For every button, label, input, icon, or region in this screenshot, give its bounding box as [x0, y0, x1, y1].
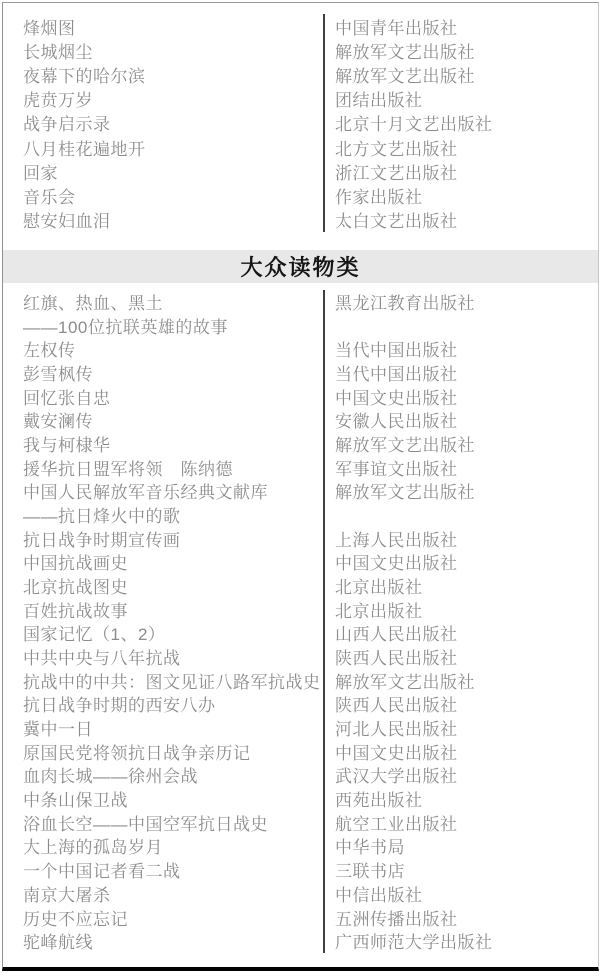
book-row: 冀中一日 河北人民出版社 — [3, 716, 598, 740]
book-title-cell: 国家记忆（1、2） — [3, 621, 323, 645]
book-title-cell: 抗战中的中共：图文见证八路军抗战史 — [3, 668, 323, 692]
book-row: 历史不应忘记 五洲传播出版社 — [3, 905, 598, 929]
publisher-cell — [323, 313, 598, 337]
publisher-cell: 上海人民出版社 — [323, 526, 598, 550]
publisher-cell: 中国文史出版社 — [323, 384, 598, 408]
book-row: 戴安澜传 安徽人民出版社 — [3, 408, 598, 432]
publisher-cell: 安徽人民出版社 — [323, 408, 598, 432]
book-row: 我与柯棣华 解放军文艺出版社 — [3, 432, 598, 456]
book-row: 大上海的孤岛岁月 中华书局 — [3, 834, 598, 858]
section-popular-reading-rows: 红旗、热血、黑土 黑龙江教育出版社 ——100位抗联英雄的故事 左权传 当代中国… — [3, 290, 598, 953]
book-title-cell: 一个中国记者看二战 — [3, 858, 323, 882]
publisher-cell: 当代中国出版社 — [323, 361, 598, 385]
book-title-cell: 彭雪枫传 — [3, 361, 323, 385]
book-title-cell: 中国抗战画史 — [3, 550, 323, 574]
publisher-cell: 黑龙江教育出版社 — [323, 290, 598, 314]
publisher-cell: 太白文艺出版社 — [323, 208, 598, 232]
book-row: 浴血长空——中国空军抗日战史 航空工业出版社 — [3, 810, 598, 834]
book-title-cell: 回家 — [3, 159, 323, 183]
book-row: 南京大屠杀 中信出版社 — [3, 881, 598, 905]
book-title-cell: 战争启示录 — [3, 111, 323, 135]
book-title-cell: 回忆张自忠 — [3, 384, 323, 408]
publisher-cell: 陕西人民出版社 — [323, 692, 598, 716]
book-title-cell: 中条山保卫战 — [3, 787, 323, 811]
publisher-cell: 解放军文艺出版社 — [323, 479, 598, 503]
book-title-cell: 虎贲万岁 — [3, 87, 323, 111]
publisher-cell — [323, 503, 598, 527]
book-title-cell: 浴血长空——中国空军抗日战史 — [3, 810, 323, 834]
section-header-bar: 大众读物类 — [3, 250, 598, 283]
book-row: 回家 浙江文艺出版社 — [3, 159, 598, 183]
publisher-cell: 解放军文艺出版社 — [323, 38, 598, 62]
book-title-cell: 夜幕下的哈尔滨 — [3, 62, 323, 86]
publisher-cell: 中华书局 — [323, 834, 598, 858]
book-row: 百姓抗战故事 北京出版社 — [3, 597, 598, 621]
publisher-cell: 北京出版社 — [323, 574, 598, 598]
book-row: 回忆张自忠 中国文史出版社 — [3, 384, 598, 408]
book-title-cell: 抗日战争时期宣传画 — [3, 526, 323, 550]
book-row: 原国民党将领抗日战争亲历记 中国文史出版社 — [3, 739, 598, 763]
publisher-cell: 当代中国出版社 — [323, 337, 598, 361]
book-title-cell: 慰安妇血泪 — [3, 208, 323, 232]
book-row: 国家记忆（1、2） 山西人民出版社 — [3, 621, 598, 645]
publisher-cell: 中国文史出版社 — [323, 739, 598, 763]
book-row: 中条山保卫战 西苑出版社 — [3, 787, 598, 811]
publisher-cell: 武汉大学出版社 — [323, 763, 598, 787]
book-row: 夜幕下的哈尔滨 解放军文艺出版社 — [3, 62, 598, 86]
section-header-title: 大众读物类 — [240, 251, 360, 282]
publisher-cell: 北方文艺出版社 — [323, 135, 598, 159]
book-title-cell: 原国民党将领抗日战争亲历记 — [3, 739, 323, 763]
book-row: 驼峰航线 广西师范大学出版社 — [3, 929, 598, 953]
book-title-cell: ——100位抗联英雄的故事 — [3, 313, 323, 337]
publisher-cell: 作家出版社 — [323, 183, 598, 207]
publisher-cell: 山西人民出版社 — [323, 621, 598, 645]
publisher-cell: 中国文史出版社 — [323, 550, 598, 574]
book-title-cell: 中共中央与八年抗战 — [3, 645, 323, 669]
book-title-cell: 烽烟图 — [3, 14, 323, 38]
book-row: 中国人民解放军音乐经典文献库 解放军文艺出版社 — [3, 479, 598, 503]
book-title-cell: 长城烟尘 — [3, 38, 323, 62]
book-row: 血肉长城——徐州会战 武汉大学出版社 — [3, 763, 598, 787]
publisher-cell: 中信出版社 — [323, 881, 598, 905]
publisher-cell: 航空工业出版社 — [323, 810, 598, 834]
book-row: 援华抗日盟军将领 陈纳德 军事谊文出版社 — [3, 455, 598, 479]
book-title-cell: ——抗日烽火中的歌 — [3, 503, 323, 527]
book-row: 彭雪枫传 当代中国出版社 — [3, 361, 598, 385]
book-row: 战争启示录 北京十月文艺出版社 — [3, 111, 598, 135]
publisher-cell: 解放军文艺出版社 — [323, 668, 598, 692]
book-title-cell: 八月桂花遍地开 — [3, 135, 323, 159]
table-frame: 烽烟图 中国青年出版社 长城烟尘 解放军文艺出版社 夜幕下的哈尔滨 解放军文艺出… — [2, 2, 599, 971]
book-title-cell: 音乐会 — [3, 183, 323, 207]
publisher-cell: 三联书店 — [323, 858, 598, 882]
book-title-cell: 南京大屠杀 — [3, 881, 323, 905]
publisher-cell: 解放军文艺出版社 — [323, 62, 598, 86]
book-row: ——抗日烽火中的歌 — [3, 503, 598, 527]
book-row: 北京抗战图史 北京出版社 — [3, 574, 598, 598]
publisher-cell: 中国青年出版社 — [323, 14, 598, 38]
book-row: 烽烟图 中国青年出版社 — [3, 14, 598, 38]
book-title-cell: 红旗、热血、黑土 — [3, 290, 323, 314]
publisher-cell: 河北人民出版社 — [323, 716, 598, 740]
publisher-cell: 解放军文艺出版社 — [323, 432, 598, 456]
book-row: 虎贲万岁 团结出版社 — [3, 87, 598, 111]
book-title-cell: 中国人民解放军音乐经典文献库 — [3, 479, 323, 503]
book-title-cell: 北京抗战图史 — [3, 574, 323, 598]
book-row: 八月桂花遍地开 北方文艺出版社 — [3, 135, 598, 159]
publisher-cell: 广西师范大学出版社 — [323, 929, 598, 953]
book-row: 音乐会 作家出版社 — [3, 183, 598, 207]
book-row: 长城烟尘 解放军文艺出版社 — [3, 38, 598, 62]
book-row: 一个中国记者看二战 三联书店 — [3, 858, 598, 882]
book-title-cell: 大上海的孤岛岁月 — [3, 834, 323, 858]
book-list-page: 烽烟图 中国青年出版社 长城烟尘 解放军文艺出版社 夜幕下的哈尔滨 解放军文艺出… — [0, 0, 607, 977]
book-title-cell: 冀中一日 — [3, 716, 323, 740]
publisher-cell: 军事谊文出版社 — [323, 455, 598, 479]
publisher-cell: 陕西人民出版社 — [323, 645, 598, 669]
book-title-cell: 我与柯棣华 — [3, 432, 323, 456]
book-row: 抗日战争时期宣传画 上海人民出版社 — [3, 526, 598, 550]
book-title-cell: 驼峰航线 — [3, 929, 323, 953]
book-row: 慰安妇血泪 太白文艺出版社 — [3, 208, 598, 232]
book-title-cell: 戴安澜传 — [3, 408, 323, 432]
book-row: 抗日战争时期的西安八办 陕西人民出版社 — [3, 692, 598, 716]
publisher-cell: 五洲传播出版社 — [323, 905, 598, 929]
book-row: 红旗、热血、黑土 黑龙江教育出版社 — [3, 290, 598, 314]
book-title-cell: 历史不应忘记 — [3, 905, 323, 929]
book-title-cell: 左权传 — [3, 337, 323, 361]
publisher-cell: 北京十月文艺出版社 — [323, 111, 598, 135]
book-title-cell: 援华抗日盟军将领 陈纳德 — [3, 455, 323, 479]
book-row: 抗战中的中共：图文见证八路军抗战史 解放军文艺出版社 — [3, 668, 598, 692]
book-title-cell: 抗日战争时期的西安八办 — [3, 692, 323, 716]
publisher-cell: 北京出版社 — [323, 597, 598, 621]
book-row: 中共中央与八年抗战 陕西人民出版社 — [3, 645, 598, 669]
book-row: ——100位抗联英雄的故事 — [3, 313, 598, 337]
book-row: 中国抗战画史 中国文史出版社 — [3, 550, 598, 574]
book-row: 左权传 当代中国出版社 — [3, 337, 598, 361]
publisher-cell: 浙江文艺出版社 — [323, 159, 598, 183]
publisher-cell: 团结出版社 — [323, 87, 598, 111]
publisher-cell: 西苑出版社 — [323, 787, 598, 811]
book-title-cell: 血肉长城——徐州会战 — [3, 763, 323, 787]
book-title-cell: 百姓抗战故事 — [3, 597, 323, 621]
section-war-literature-rows: 烽烟图 中国青年出版社 长城烟尘 解放军文艺出版社 夜幕下的哈尔滨 解放军文艺出… — [3, 14, 598, 232]
